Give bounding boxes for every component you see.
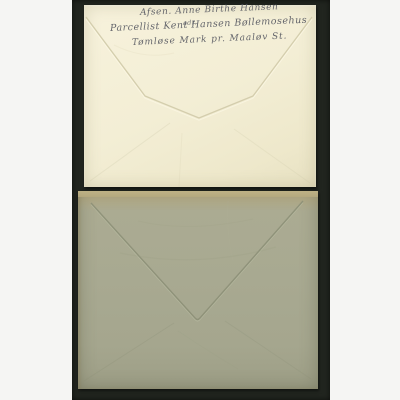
photo-of-envelopes: Afsen. Anne Birthe Hansen adr. Parcellis…: [0, 0, 400, 400]
envelope-top-cream-back: Afsen. Anne Birthe Hansen adr. Parcellis…: [84, 5, 316, 187]
envelope-bottom-grey-back: [78, 191, 318, 389]
envelope-bottom-flap-creases: [78, 191, 318, 389]
